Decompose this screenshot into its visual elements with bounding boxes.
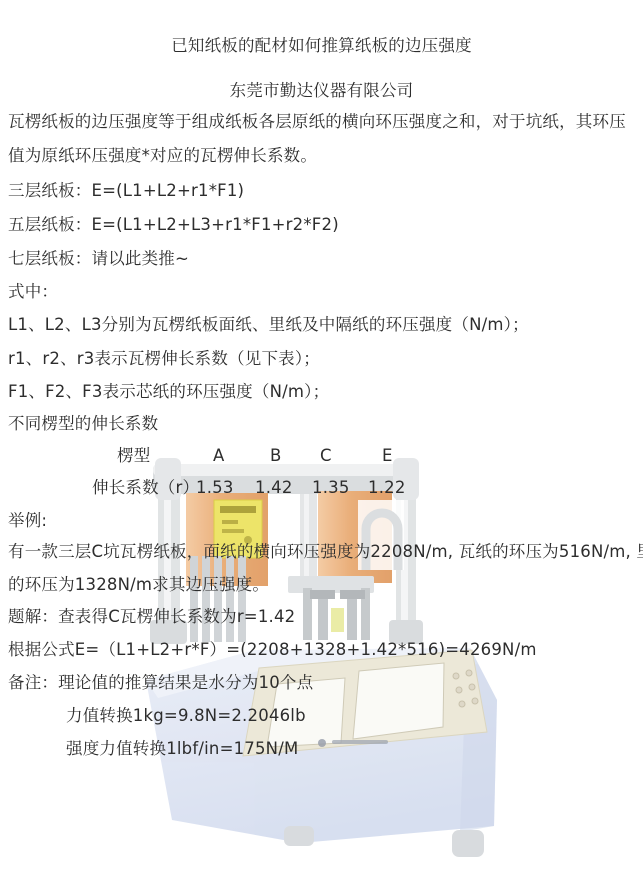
example-solution: 题解：查表得C瓦楞伸长系数为r=1.42 — [8, 607, 639, 628]
intro-line-1: 瓦楞纸板的边压强度等于组成纸板各层原纸的横向环压强度之和，对于坑纸，其环压 — [8, 112, 639, 133]
intro-line-2: 值为原纸环压强度*对应的瓦楞伸长系数。 — [8, 146, 639, 167]
table-header-flute: 楞型 — [117, 446, 150, 467]
example-line-2: 的环压为1328N/m求其边压强度。 — [8, 575, 639, 596]
machine-foot-left — [284, 826, 314, 846]
definition-r: r1、r2、r3表示瓦楞伸长系数（见下表）； — [8, 349, 639, 370]
definition-l: L1、L2、L3分别为瓦楞纸板面纸、里纸及中隔纸的环压强度（N/m）； — [8, 315, 639, 336]
page-title: 已知纸板的配材如何推算纸板的边压强度 — [0, 36, 643, 57]
company-name: 东莞市勤达仪器有限公司 — [0, 81, 643, 102]
note-force-conversion: 力值转换1kg=9.8N=2.2046lb — [66, 706, 639, 727]
table-header-a: A — [213, 446, 225, 467]
note-moisture: 备注：理论值的推算结果是水分为10个点 — [8, 673, 639, 694]
note-strength-conversion: 强度力值转换1lbf/in=175N/M — [66, 739, 639, 760]
table-header-b: B — [270, 446, 282, 467]
table-value-e: 1.22 — [368, 478, 406, 499]
document-page: 已知纸板的配材如何推算纸板的边压强度 东莞市勤达仪器有限公司 瓦楞纸板的边压强度… — [0, 0, 643, 876]
table-header-c: C — [320, 446, 332, 467]
formula-seven-layer: 七层纸板：请以此类推~ — [8, 249, 639, 270]
table-value-c: 1.35 — [312, 478, 350, 499]
example-heading: 举例: — [8, 511, 639, 532]
table-value-a: 1.53 — [196, 478, 234, 499]
definition-f: F1、F2、F3表示芯纸的环压强度（N/m）； — [8, 382, 639, 403]
table-value-b: 1.42 — [255, 478, 293, 499]
table-caption: 不同楞型的伸长系数 — [8, 414, 639, 435]
formula-five-layer: 五层纸板：E=(L1+L2+L3+r1*F1+r2*F2) — [8, 215, 639, 236]
example-line-1: 有一款三层C坑瓦楞纸板，面纸的横向环压强度为2208N/m, 瓦纸的环压为516… — [8, 542, 639, 563]
example-calculation: 根据公式E=（L1+L2+r*F）=(2208+1328+1.42*516)=4… — [8, 640, 639, 661]
table-row-label: 伸长系数（r） — [92, 478, 199, 499]
machine-middle-pillar — [300, 490, 317, 588]
formula-where: 式中： — [8, 282, 639, 303]
formula-three-layer: 三层纸板：E=(L1+L2+r1*F1) — [8, 181, 639, 202]
table-header-e: E — [382, 446, 393, 467]
machine-foot-right — [452, 830, 484, 857]
